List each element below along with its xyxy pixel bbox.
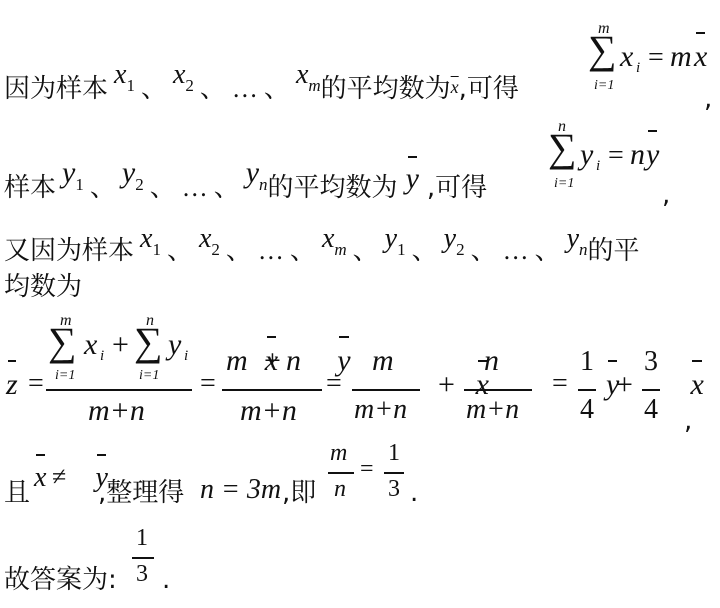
sigma-icon: ∑ (548, 128, 577, 168)
subscript: 2 (456, 240, 465, 259)
mean-x: x (34, 462, 46, 494)
numerator: 1 (388, 440, 400, 467)
coef: n (630, 138, 645, 172)
separator: 、 (290, 236, 316, 266)
separator: 、 (264, 74, 290, 104)
term-sub: i (596, 158, 600, 175)
answer-line: 故答案为: 1 3 . (0, 515, 720, 605)
sum-x: m ∑ i=1 x i = m x (588, 20, 718, 100)
var-y: y (385, 223, 397, 254)
m: m (226, 344, 248, 378)
text: 的平均数为 (268, 173, 398, 203)
var-y: y (444, 223, 456, 254)
text: 的平 (588, 236, 640, 266)
term: x (620, 40, 633, 74)
text: 均数为 (4, 272, 82, 302)
fraction-bar (642, 389, 660, 391)
relation: n = 3m (200, 474, 281, 506)
sigma-icon: ∑ (588, 30, 617, 70)
period: . (410, 478, 418, 508)
separator: 、 (214, 173, 240, 203)
sigma-icon: ∑ (134, 322, 163, 362)
term-sub: i (100, 348, 104, 365)
subscript: m (334, 240, 346, 259)
plus: + (264, 344, 281, 378)
n: n (484, 344, 499, 378)
mean-z: z (6, 368, 18, 402)
subscript: 2 (211, 240, 220, 259)
equals: = (648, 42, 664, 74)
separator: 、 (535, 236, 561, 266)
var-x: x (114, 59, 126, 90)
term: x (84, 328, 97, 362)
equals: = (360, 456, 374, 483)
separator: 、 (412, 236, 438, 266)
subscript: m (308, 76, 320, 95)
equals: = (326, 368, 342, 400)
fraction-bar (352, 389, 420, 391)
line-1: 因为样本x1、x2、…、xm的平均数为x,可得 (4, 74, 519, 107)
subscript: 1 (75, 175, 84, 194)
separator: 、 (471, 236, 497, 266)
text: ,可得 (427, 173, 487, 203)
term-sub: i (184, 348, 188, 365)
var-x: x (296, 59, 308, 90)
plus: + (112, 328, 129, 362)
m: m (372, 344, 394, 378)
denominator: m+n (88, 394, 145, 428)
text: ,可得 (459, 74, 519, 104)
fraction-bar (328, 472, 354, 474)
text: 的平均数为 (321, 74, 451, 104)
var-y: y (246, 156, 259, 189)
ellipsis: … (503, 236, 529, 265)
numerator: 1 (580, 346, 594, 378)
ellipsis: … (232, 74, 258, 103)
sum-lower: i=1 (55, 368, 75, 384)
fraction-bar (578, 389, 596, 391)
n: n (286, 344, 301, 378)
ellipsis: … (258, 236, 284, 265)
equals: = (200, 368, 216, 400)
subscript: 1 (152, 240, 161, 259)
mean-x: x (451, 77, 459, 97)
separator: 、 (353, 236, 379, 266)
text: ,整理得 (98, 478, 184, 508)
line-2: 样本y1、y2、…、yn的平均数为y,可得 (4, 172, 487, 206)
text: ,即 (282, 478, 316, 508)
term-sub: i (636, 60, 640, 77)
fraction-bar (132, 557, 154, 559)
var-x: x (173, 59, 185, 90)
denominator: m+n (354, 394, 407, 426)
term: y (580, 138, 593, 172)
sum-lower: i=1 (139, 368, 159, 384)
sum-lower: i=1 (594, 78, 614, 94)
mean-y: y (646, 138, 659, 172)
denominator: m+n (466, 394, 519, 426)
line-3: 又因为样本x1、x2、…、xm、y1、y2、…、yn的平 (4, 236, 640, 269)
separator: 、 (150, 173, 176, 203)
ellipsis: … (182, 173, 208, 202)
denominator: n (334, 476, 346, 503)
var-x: x (322, 223, 334, 254)
subscript: n (579, 240, 588, 259)
fraction-bar (464, 389, 532, 391)
text: 且 (4, 478, 30, 508)
equals: = (28, 368, 44, 400)
numerator: 3 (644, 346, 658, 378)
comma: , (662, 180, 670, 210)
subscript: 1 (126, 76, 135, 95)
denominator: 3 (388, 476, 400, 503)
not-equal: ≠ (52, 462, 66, 492)
equals: = (608, 140, 624, 172)
separator: 、 (226, 236, 252, 266)
fraction-bar (384, 472, 404, 474)
numerator: m (330, 440, 347, 467)
subscript: n (259, 175, 268, 194)
var-x: x (199, 223, 211, 254)
var-y: y (62, 156, 75, 189)
plus: + (616, 368, 633, 402)
fraction-bar (222, 389, 322, 391)
line-3-cont: 均数为 (4, 272, 82, 302)
mean-x: x (690, 368, 703, 402)
denominator: 3 (136, 561, 148, 588)
mean-x: x (694, 40, 707, 74)
numerator: 1 (136, 525, 148, 552)
fraction-bar (46, 389, 192, 391)
subscript: 2 (185, 76, 194, 95)
mean-y: y (406, 164, 419, 194)
var-x: x (140, 223, 152, 254)
main-equation: z = m ∑ i=1 x i + n ∑ i=1 y i m+n = m x … (0, 310, 720, 430)
sum-y: n ∑ i=1 y i = n y (548, 118, 678, 198)
sigma-icon: ∑ (48, 322, 77, 362)
denominator: m+n (240, 394, 297, 428)
coef: m (670, 40, 692, 74)
separator: 、 (141, 74, 167, 104)
text: 又因为样本 (4, 236, 134, 266)
var-y: y (567, 223, 579, 254)
text: 因为样本 (4, 74, 108, 104)
answer-label: 故答案为: (4, 565, 117, 595)
separator: 、 (167, 236, 193, 266)
text: 样本 (4, 173, 56, 203)
term: y (168, 328, 181, 362)
condition-line: 且 x ≠ y ,整理得 n = 3m ,即 m n = 1 3 . (0, 430, 720, 510)
subscript: 2 (135, 175, 144, 194)
denominator: 4 (580, 394, 594, 426)
period: . (162, 565, 170, 595)
subscript: 1 (397, 240, 406, 259)
separator: 、 (90, 173, 116, 203)
var-y: y (122, 156, 135, 189)
sum-lower: i=1 (554, 176, 574, 192)
equals: = (552, 368, 568, 400)
denominator: 4 (644, 394, 658, 426)
plus: + (438, 368, 455, 402)
separator: 、 (200, 74, 226, 104)
comma: , (704, 84, 712, 114)
